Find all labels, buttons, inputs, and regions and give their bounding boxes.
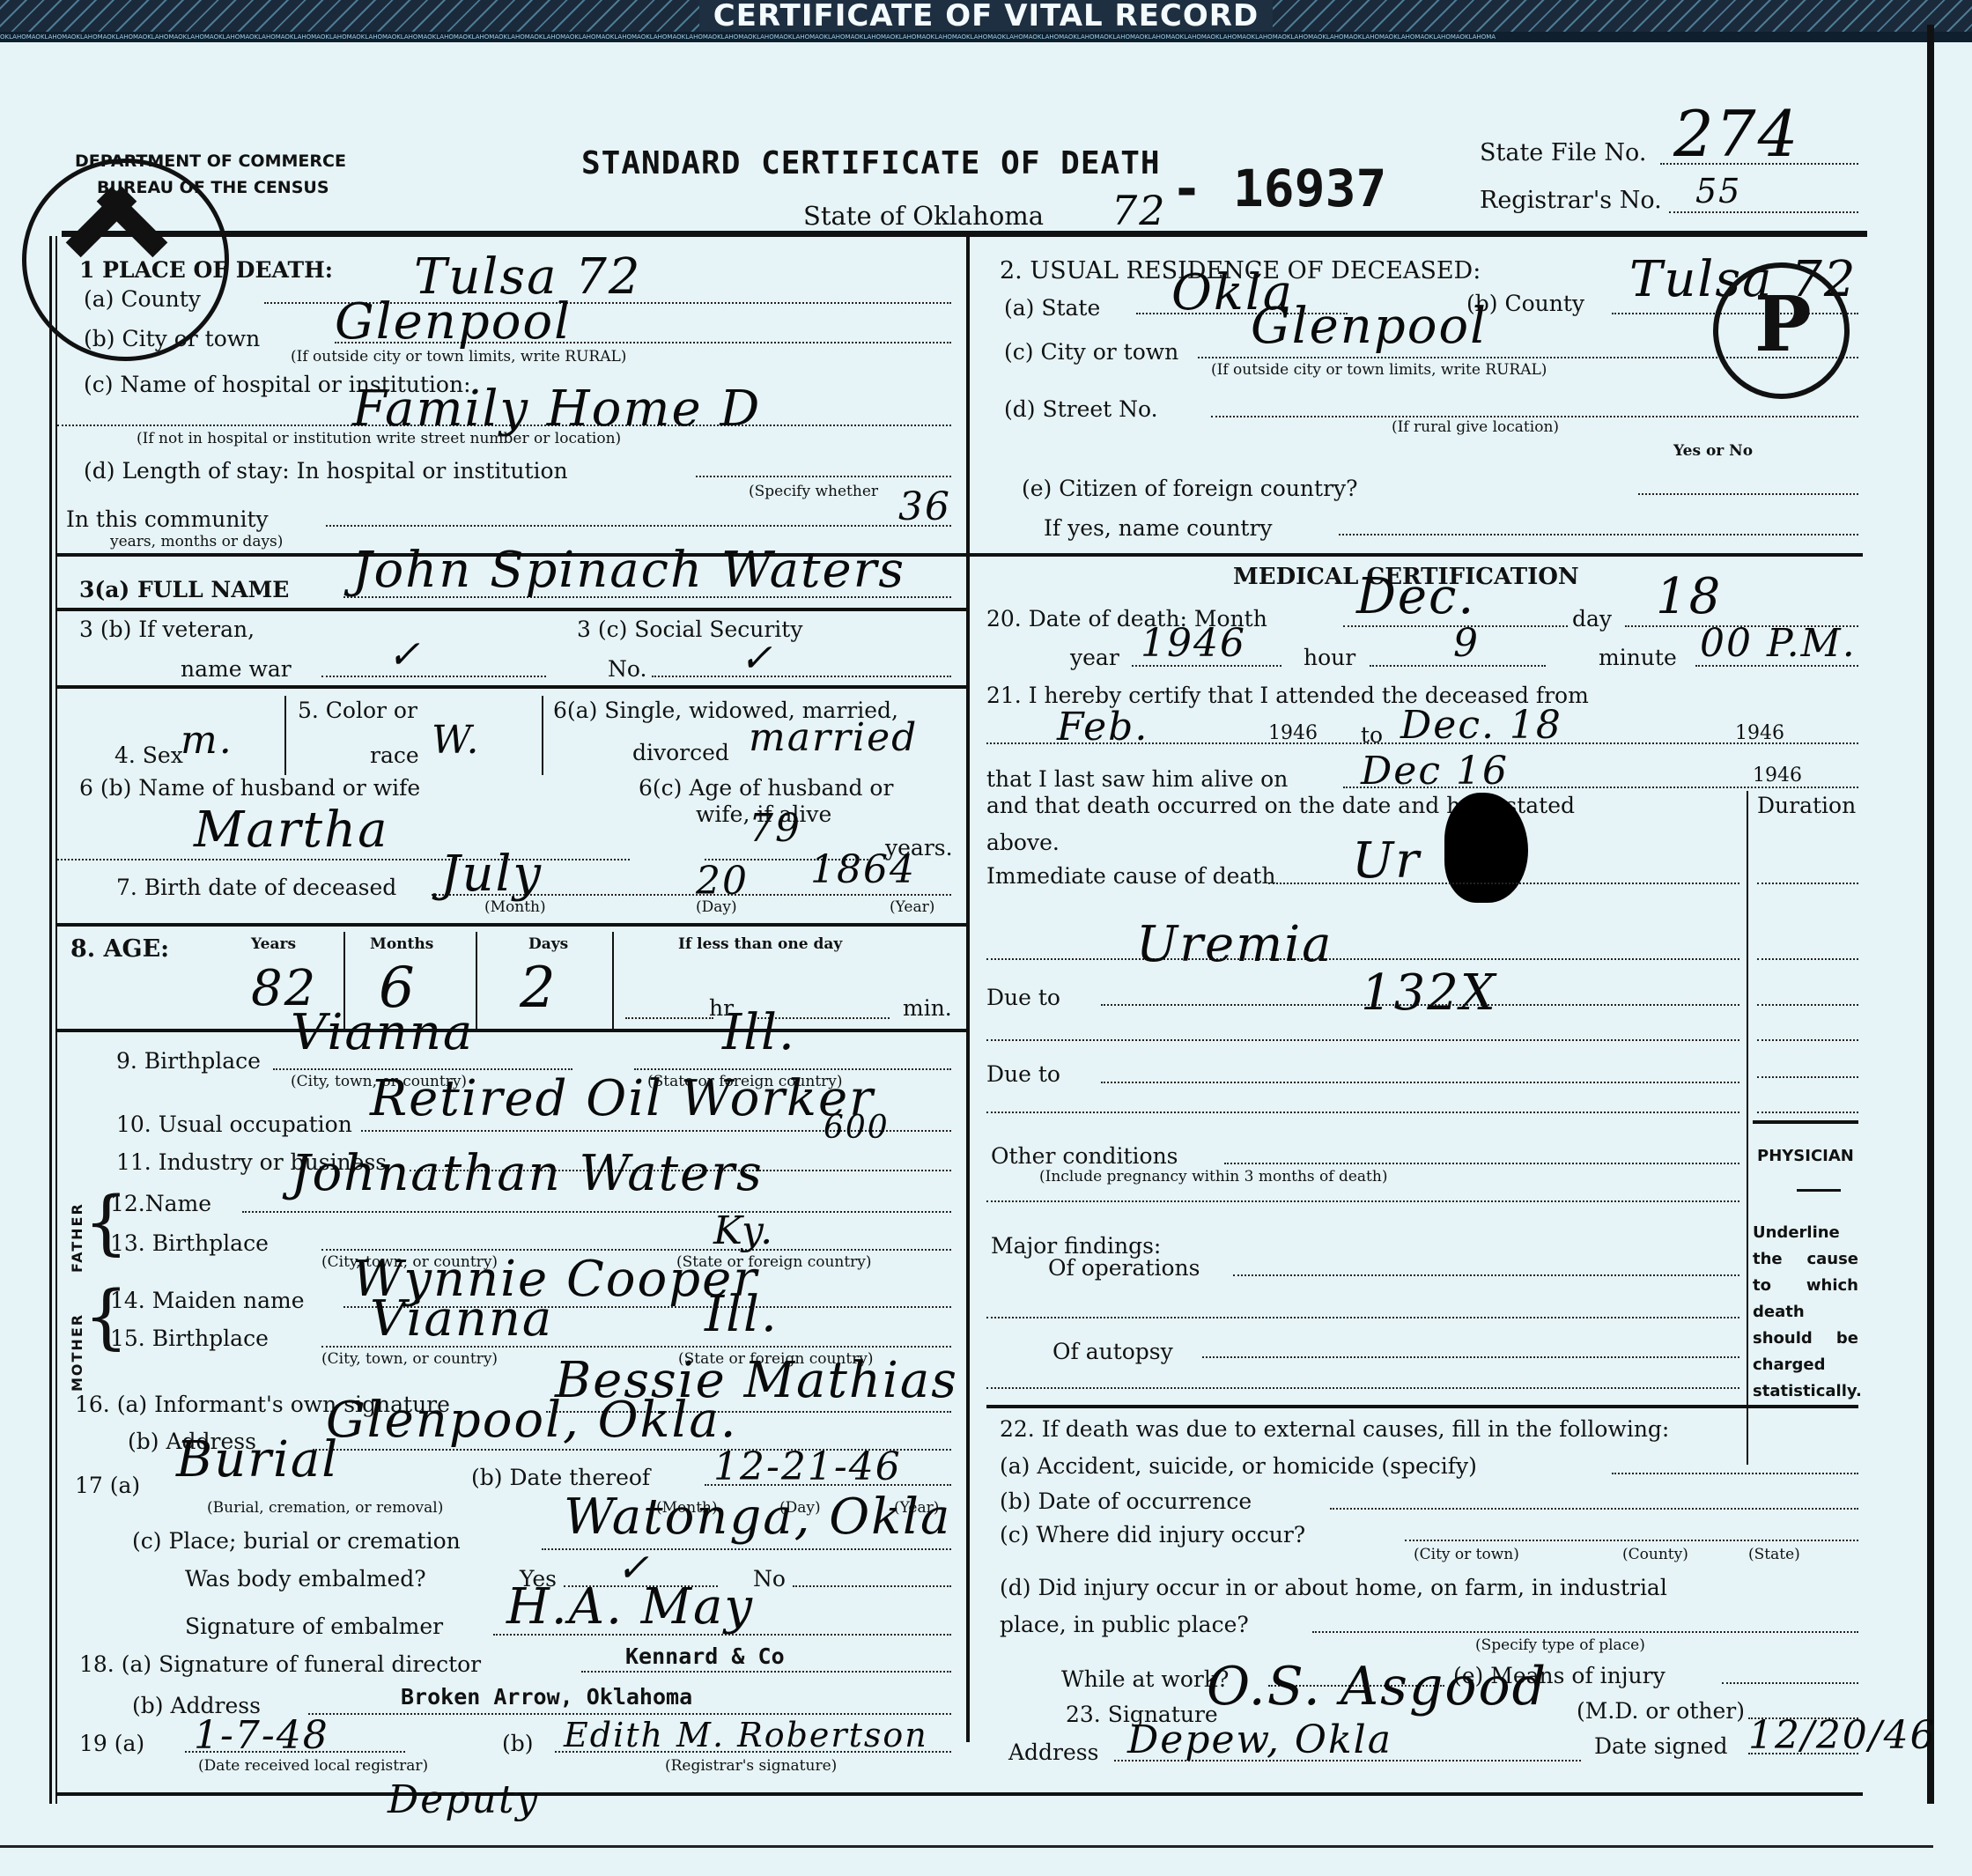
disposition-value[interactable]: Burial <box>176 1431 339 1488</box>
father-birth-state[interactable]: Ky. <box>713 1208 774 1253</box>
banner-title: CERTIFICATE OF VITAL RECORD <box>0 0 1972 32</box>
birth-day-value[interactable]: 20 <box>696 859 749 904</box>
marital-divorced-label: divorced <box>632 740 729 765</box>
registrar-no-label: Registrar's No. <box>1480 187 1662 214</box>
due-to-2-label: Due to <box>986 1061 1060 1087</box>
birth-date-label: 7. Birth date of deceased <box>116 875 396 900</box>
duration-label: Duration <box>1757 793 1856 818</box>
column-divider <box>966 236 970 1742</box>
operations-label: Of operations <box>1048 1255 1200 1281</box>
full-name-value[interactable]: John Spinach Waters <box>352 542 905 599</box>
res-city-value[interactable]: Glenpool <box>1251 298 1488 355</box>
death-minute-value[interactable]: 00 P.M. <box>1700 621 1857 666</box>
ink-blot <box>1444 793 1528 903</box>
embalmer-value[interactable]: H.A. May <box>506 1578 754 1636</box>
pod-city-value[interactable]: Glenpool <box>335 293 572 351</box>
external-state-note: (State) <box>1748 1546 1800 1563</box>
registrar-date-value[interactable]: 1-7-48 <box>194 1713 329 1758</box>
res-country-label: If yes, name country <box>1044 515 1273 541</box>
mother-birth-city[interactable]: Vianna <box>370 1290 553 1348</box>
death-day-label: day <box>1572 606 1612 631</box>
physician-address-value[interactable]: Depew, Okla <box>1127 1717 1392 1762</box>
res-street-note: (If rural give location) <box>1392 418 1559 436</box>
last-saw-label: that I last saw him alive on <box>986 766 1288 792</box>
disposition-label: 17 (a) <box>75 1473 140 1498</box>
mother-name-label: 14. Maiden name <box>110 1288 305 1313</box>
death-hour-value[interactable]: 9 <box>1453 621 1480 666</box>
death-year-label: year <box>1070 645 1119 670</box>
embalmed-label: Was body embalmed? <box>185 1566 426 1592</box>
external-a-label: (a) Accident, suicide, or homicide (spec… <box>1000 1453 1477 1479</box>
registrar-no-value: 55 <box>1695 172 1741 210</box>
attended-from-year: 1946 <box>1268 722 1318 744</box>
spouse-value[interactable]: Martha <box>194 801 388 859</box>
res-street-label: (d) Street No. <box>1004 396 1158 422</box>
informant-addr-value[interactable]: Glenpool, Okla. <box>326 1392 738 1449</box>
funeral-director-label: 18. (a) Signature of funeral director <box>79 1651 481 1677</box>
birthplace-city-value[interactable]: Vianna <box>291 1004 474 1061</box>
state-file-value: 274 <box>1673 97 1799 171</box>
birth-year-value[interactable]: 1864 <box>810 847 916 892</box>
occupation-code[interactable]: 600 <box>824 1110 890 1146</box>
race-value[interactable]: W. <box>432 718 481 763</box>
funeral-addr-value[interactable]: Broken Arrow, Oklahoma <box>401 1684 692 1710</box>
certificate-number: - 16937 <box>1171 159 1386 218</box>
death-hour-label: hour <box>1304 645 1355 670</box>
certificate-title: STANDARD CERTIFICATE OF DEATH <box>581 145 1161 181</box>
age-label: 8. AGE: <box>70 935 169 963</box>
pod-stay-label: (d) Length of stay: In hospital or insti… <box>84 458 568 484</box>
pod-county-label: (a) County <box>84 286 201 312</box>
footer-divider <box>57 1792 1863 1796</box>
birth-year-note: (Year) <box>890 898 934 916</box>
pod-specify-note: (Specify whether <box>749 483 878 500</box>
place-of-death-heading: 1 PLACE OF DEATH: <box>79 257 333 283</box>
p-stamp-letter: P <box>1754 280 1812 369</box>
state-code: 72 <box>1112 187 1167 234</box>
birthplace-label: 9. Birthplace <box>116 1048 261 1074</box>
external-d-label-2: place, in public place? <box>1000 1612 1249 1637</box>
color-label: 5. Color or <box>298 698 417 723</box>
race-label: race <box>370 742 419 768</box>
full-name-label: 3(a) FULL NAME <box>79 577 289 602</box>
funeral-director-value[interactable]: Kennard & Co <box>625 1643 785 1669</box>
physician-note: Underline the cause to which death shoul… <box>1753 1220 1858 1405</box>
birth-month-note: (Month) <box>484 898 546 916</box>
ss-value[interactable]: ✓ <box>740 636 774 681</box>
physician-heading: PHYSICIAN <box>1757 1147 1854 1165</box>
banner-title-text: CERTIFICATE OF VITAL RECORD <box>699 0 1273 33</box>
death-month-value[interactable]: Dec. <box>1356 568 1475 625</box>
external-d-note: (Specify type of place) <box>1475 1636 1645 1654</box>
marital-value[interactable]: married <box>749 715 918 760</box>
last-saw-year: 1946 <box>1753 764 1802 787</box>
father-name-label: 12.Name <box>110 1191 211 1216</box>
attended-to-value[interactable]: Dec. 18 <box>1400 703 1562 748</box>
veteran-label: 3 (b) If veteran, <box>79 617 255 642</box>
yes-no-label: Yes or No <box>1673 442 1753 460</box>
veteran-war-label: name war <box>181 656 292 682</box>
external-city-note: (City or town) <box>1414 1546 1519 1563</box>
occupation-value[interactable]: Retired Oil Worker <box>370 1070 875 1127</box>
birth-day-note: (Day) <box>696 898 737 916</box>
disposition-note: (Burial, cremation, or removal) <box>207 1499 443 1517</box>
state-file-label: State File No. <box>1480 139 1646 166</box>
other-conditions-note: (Include pregnancy within 3 months of de… <box>1039 1168 1387 1185</box>
physician-signature-value[interactable]: O.S. Asgood <box>1207 1656 1547 1717</box>
embalmer-label: Signature of embalmer <box>185 1614 443 1639</box>
pod-community-value[interactable]: 36 <box>898 484 951 529</box>
age-days-value[interactable]: 2 <box>520 956 558 1021</box>
attended-from-value[interactable]: Feb. <box>1057 705 1148 750</box>
external-c-label: (c) Where did injury occur? <box>1000 1522 1305 1547</box>
md-label: (M.D. or other) <box>1577 1698 1745 1724</box>
occupation-label: 10. Usual occupation <box>116 1112 352 1137</box>
physician-address-label: Address <box>1008 1739 1098 1765</box>
mother-birth-label: 15. Birthplace <box>110 1326 269 1351</box>
above-label: above. <box>986 830 1060 855</box>
pod-hospital-note: (If not in hospital or institution write… <box>137 430 621 447</box>
disposition-date-label: (b) Date thereof <box>471 1465 650 1490</box>
header-divider <box>62 231 1867 237</box>
age-months-label: Months <box>370 935 433 953</box>
registrar-sig-label: (b) <box>502 1731 534 1756</box>
death-day-value[interactable]: 18 <box>1656 568 1722 625</box>
birthplace-state-value[interactable]: Ill. <box>722 1004 796 1061</box>
ss-no-label: No. <box>608 656 646 682</box>
attended-to-label: to <box>1361 722 1383 748</box>
sex-value[interactable]: m. <box>181 718 233 763</box>
due-to-1-label: Due to <box>986 985 1060 1010</box>
pod-community-label: In this community <box>66 506 269 532</box>
left-border-inner <box>55 236 57 1804</box>
spouse-age-label: 6(c) Age of husband or <box>639 775 893 801</box>
spouse-label: 6 (b) Name of husband or wife <box>79 775 420 801</box>
death-year-value[interactable]: 1946 <box>1141 621 1246 666</box>
attended-to-year: 1946 <box>1735 722 1784 744</box>
immediate-cause-value[interactable]: Ur <box>1352 832 1421 890</box>
mother-birth-state[interactable]: Ill. <box>705 1286 779 1343</box>
immediate-cause-value-2[interactable]: Uremia <box>1136 916 1333 973</box>
external-county-note: (County) <box>1622 1546 1688 1563</box>
external-b-label: (b) Date of occurrence <box>1000 1488 1252 1514</box>
duration-column-divider <box>1747 791 1748 1465</box>
registrar-sig-value[interactable]: Edith M. Robertson <box>564 1716 928 1754</box>
registrar-date-note: (Date received local registrar) <box>198 1757 428 1775</box>
date-signed-value[interactable]: 12/20/46 <box>1748 1713 1937 1758</box>
father-birth-label: 13. Birthplace <box>110 1230 269 1256</box>
microprint-border: OKLAHOMAOKLAHOMAOKLAHOMAOKLAHOMAOKLAHOMA… <box>0 32 1972 42</box>
res-state-label: (a) State <box>1004 295 1100 321</box>
section-divider <box>57 553 1863 557</box>
spouse-age-value[interactable]: 79 <box>749 806 801 851</box>
last-saw-value[interactable]: Dec 16 <box>1361 749 1509 794</box>
pod-city-note: (If outside city or town limits, write R… <box>291 348 626 366</box>
pod-city-label: (b) City or town <box>84 326 260 351</box>
res-citizen-label: (e) Citizen of foreign country? <box>1022 476 1358 501</box>
sex-label: 4. Sex <box>114 742 183 768</box>
registrar-row-label: 19 (a) <box>79 1731 144 1756</box>
while-at-work-label: While at work? <box>1061 1666 1229 1692</box>
age-years-label: Years <box>251 935 296 953</box>
state-label: State of Oklahoma <box>803 201 1044 231</box>
age-less-label: If less than one day <box>678 935 842 953</box>
external-d-label: (d) Did injury occur in or about home, o… <box>1000 1575 1667 1600</box>
autopsy-label: Of autopsy <box>1052 1339 1173 1364</box>
res-city-note: (If outside city or town limits, write R… <box>1211 361 1547 379</box>
burial-place-label: (c) Place; burial or cremation <box>132 1528 461 1554</box>
pod-community-note: years, months or days) <box>110 533 283 550</box>
registrar-sig-note: (Registrar's signature) <box>665 1757 837 1775</box>
disposition-date-value[interactable]: 12-21-46 <box>713 1444 902 1489</box>
other-conditions-label: Other conditions <box>991 1143 1178 1169</box>
age-days-label: Days <box>528 935 568 953</box>
deputy-value[interactable]: Deputy <box>388 1777 539 1822</box>
birth-month-value[interactable]: July <box>440 846 543 903</box>
age-min-label: min. <box>903 995 952 1021</box>
embalmed-no-label: No <box>753 1566 786 1592</box>
immediate-cause-label: Immediate cause of death <box>986 863 1275 889</box>
mother-birth-city-note: (City, town, or country) <box>321 1350 498 1368</box>
document-bottom-border <box>0 1845 1933 1848</box>
death-minute-label: minute <box>1599 645 1677 670</box>
left-border <box>49 236 52 1804</box>
res-city-label: (c) City or town <box>1004 339 1178 365</box>
date-signed-label: Date signed <box>1594 1733 1727 1759</box>
veteran-value[interactable]: ✓ <box>388 632 422 677</box>
due-to-1-value[interactable]: 132X <box>1361 964 1497 1022</box>
external-heading: 22. If death was due to external causes,… <box>1000 1416 1669 1442</box>
document-right-border <box>1927 25 1934 1804</box>
burial-place-value[interactable]: Watonga, Okla <box>564 1488 951 1546</box>
father-name-value[interactable]: Johnathan Waters <box>291 1145 764 1202</box>
